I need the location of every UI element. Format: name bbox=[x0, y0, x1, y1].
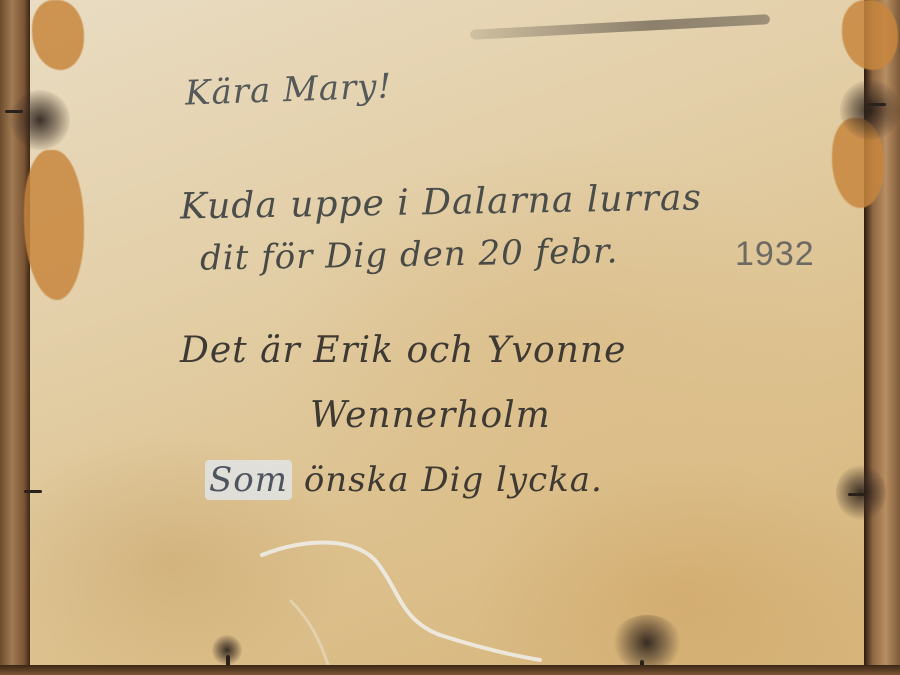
frame-bottom-edge bbox=[0, 665, 900, 675]
note-line-3: Det är Erik och Yvonne bbox=[180, 330, 626, 371]
rust-stain-top-right bbox=[842, 0, 898, 70]
nail-burn-right-upper bbox=[840, 80, 900, 140]
frame-nail bbox=[5, 110, 23, 113]
nail-burn-left-upper bbox=[10, 90, 70, 150]
rust-stain-top-left bbox=[32, 0, 84, 70]
struck-out-word: Som bbox=[205, 460, 292, 500]
note-year: 1932 bbox=[735, 235, 815, 274]
nail-burn-bottom-center bbox=[612, 615, 682, 670]
frame-nail bbox=[848, 493, 866, 496]
frame-nail bbox=[868, 103, 886, 106]
frame-nail bbox=[24, 490, 42, 493]
rust-stain-left bbox=[24, 150, 84, 300]
note-line-4: Wennerholm bbox=[310, 395, 551, 436]
note-line-5: Som önska Dig lycka. bbox=[205, 460, 603, 500]
note-line-2: dit för Dig den 20 febr. bbox=[200, 231, 619, 278]
pencil-smudge bbox=[470, 14, 770, 40]
note-line-5-text: önska Dig lycka. bbox=[304, 460, 603, 500]
note-greeting: Kära Mary! bbox=[184, 66, 392, 113]
